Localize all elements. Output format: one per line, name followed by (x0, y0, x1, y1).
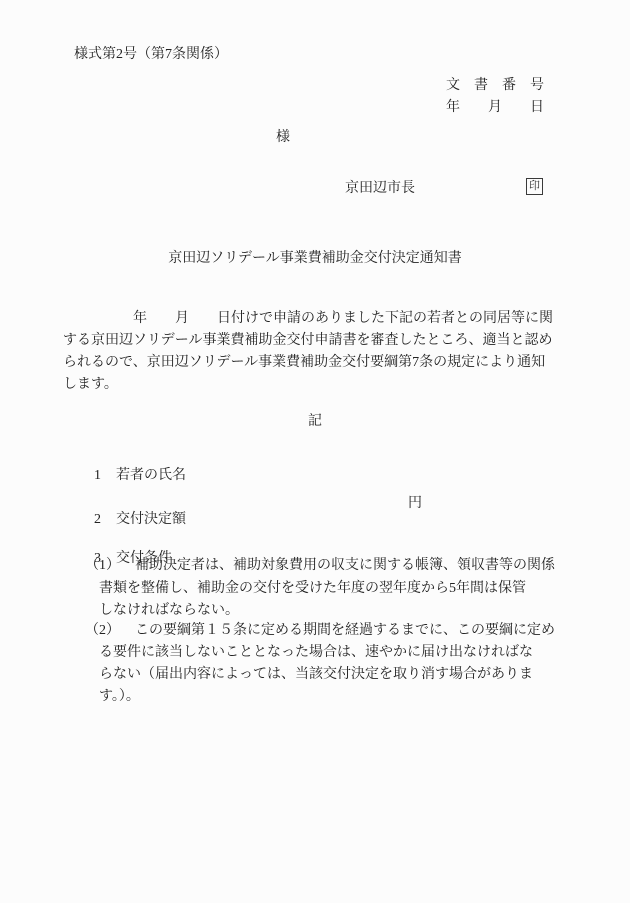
date-line: 年 月 日 (446, 96, 544, 116)
condition-1-line: 書類を整備し、補助金の交付を受けた年度の翌年度から5年間は保管 (99, 581, 526, 597)
condition-2-line: らない（届出内容によっては、当該交付決定を取り消す場合がありま (99, 667, 533, 683)
condition-1-label: （1） (85, 558, 120, 574)
body-line: する京田辺ソリデール事業費補助金交付申請書を審査したところ、適当と認め (63, 333, 552, 349)
item-youth-name: 1若者の氏名 (80, 452, 186, 500)
item-label: 交付決定額 (116, 512, 186, 527)
document-title: 京田辺ソリデール事業費補助金交付決定通知書 (0, 251, 630, 267)
item-number: 1 (94, 468, 102, 484)
body-line: られるので、京田辺ソリデール事業費補助金交付要綱第7条の規定により通知 (63, 355, 545, 371)
addressee-honorific: 様 (276, 130, 290, 146)
condition-1-line: しなければならない。 (99, 603, 239, 619)
condition-2-line: る要件に該当しないこととなった場合は、速やかに届け出なければな (99, 645, 533, 661)
condition-1-line: 補助決定者は、補助対象費用の収支に関する帳簿、領収書等の関係 (135, 558, 555, 574)
body-line: 年 月 日付けで申請のありました下記の若者との同居等に関 (63, 311, 553, 327)
item-label: 若者の氏名 (116, 468, 186, 483)
notice-record-marker: 記 (0, 414, 630, 430)
document-page: 様式第2号（第7条関係） 文 書 番 号 年 月 日 様 京田辺市長 印 京田辺… (0, 0, 630, 903)
mayor-signature-line: 京田辺市長 (345, 181, 415, 197)
condition-2-label: （2） (85, 623, 120, 639)
condition-2-line: この要綱第１５条に定める期間を経過するまでに、この要綱に定め (135, 623, 555, 639)
form-number: 様式第2号（第7条関係） (74, 47, 228, 63)
item-number: 2 (94, 512, 102, 528)
official-seal-mark: 印 (526, 178, 543, 195)
body-line: します。 (63, 377, 118, 393)
currency-unit-yen: 円 (408, 496, 422, 512)
condition-2-line: す。）。 (99, 689, 140, 705)
document-number-label: 文 書 番 号 (446, 74, 544, 94)
